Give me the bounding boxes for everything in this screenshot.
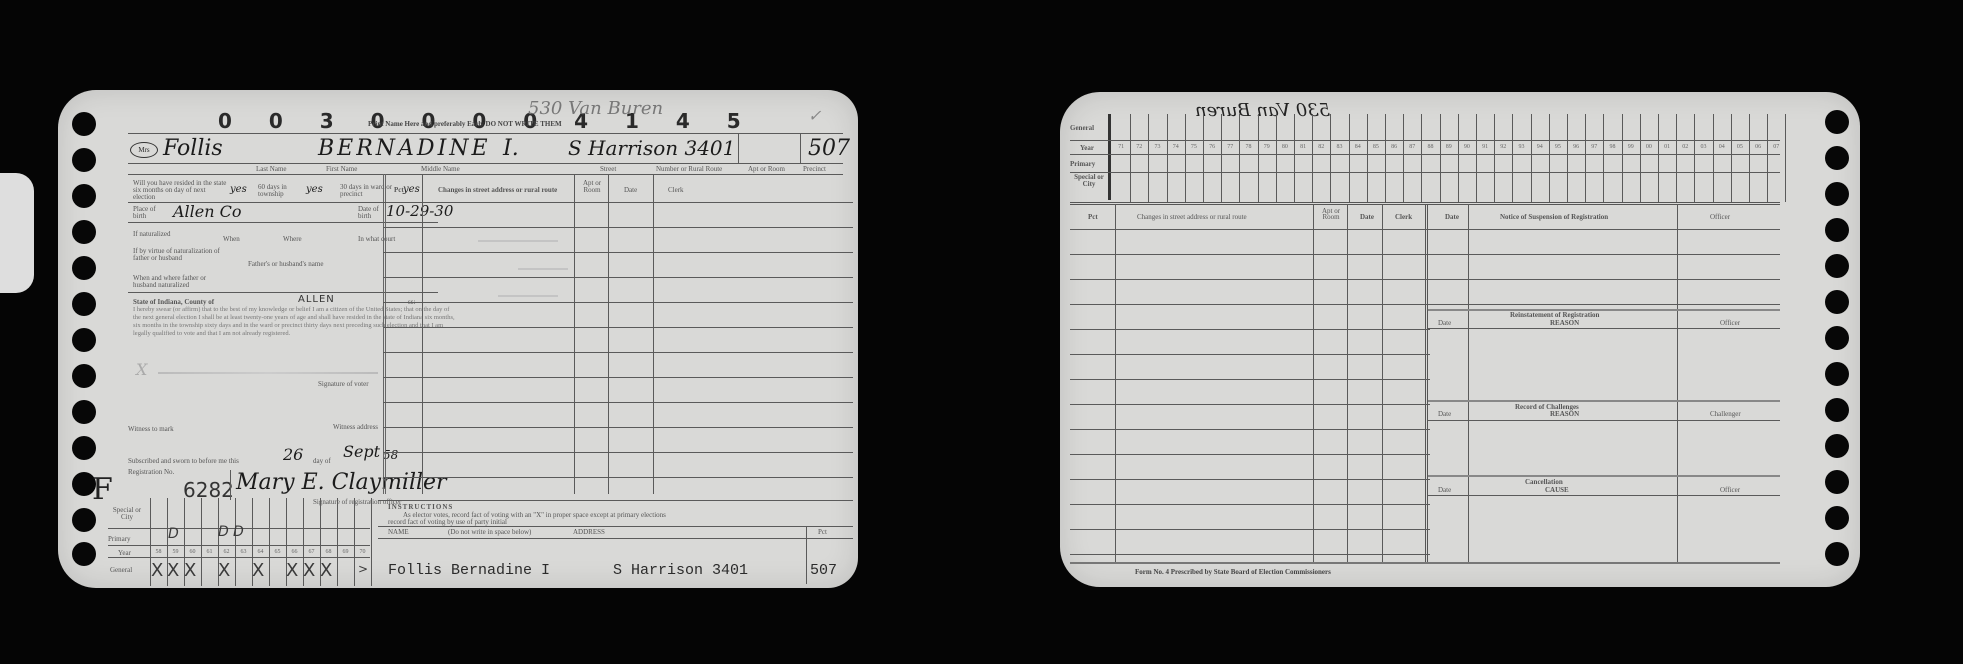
- general-mark: X: [151, 560, 163, 581]
- grid-year: 76: [1203, 144, 1221, 150]
- grid-year: 92: [1494, 144, 1512, 150]
- label-number-route: Number or Rural Route: [656, 165, 722, 173]
- voter-signature-mark: X: [136, 360, 147, 379]
- grid-row-primary: Primary: [1070, 160, 1095, 168]
- col-header-date: Date: [1445, 213, 1459, 221]
- answer-date-of-birth: 10-29-30: [386, 202, 453, 220]
- last-name-value: Follis: [163, 136, 223, 161]
- punch-hole: [72, 508, 96, 532]
- grid-row-special: Special or City: [1074, 174, 1104, 188]
- grid-year: 67: [303, 549, 320, 555]
- punch-hole: [1825, 290, 1849, 314]
- col-header-reason: REASON: [1550, 319, 1579, 327]
- grid-row-primary: Primary: [108, 535, 131, 543]
- instructions-title: INSTRUCTIONS: [388, 503, 453, 511]
- label-apt-room: Apt or Room: [748, 165, 785, 173]
- grid-year: 96: [1567, 144, 1585, 150]
- address-note-top: 530 Van Buren: [528, 98, 663, 119]
- label-name: NAME: [388, 528, 409, 536]
- oath-county: ALLEN: [298, 294, 335, 305]
- grid-year: 68: [320, 549, 337, 555]
- punch-hole: [72, 328, 96, 352]
- address-note-mirrored: 530 Van Buren: [1195, 100, 1330, 121]
- punch-hole: [1825, 470, 1849, 494]
- col-header-clerk: Clerk: [1395, 213, 1412, 221]
- punch-hole: [72, 256, 96, 280]
- col-header-officer: Officer: [1710, 213, 1730, 221]
- grid-year: 62: [218, 549, 235, 555]
- grid-year: 89: [1440, 144, 1458, 150]
- grid-year: 06: [1749, 144, 1767, 150]
- label-registration-no: Registration No.: [128, 468, 174, 476]
- grid-year: 81: [1294, 144, 1312, 150]
- label-middle-name: Middle Name: [421, 165, 460, 173]
- label-father-husband-name: Father's or husband's name: [248, 260, 323, 268]
- grid-year: 61: [201, 549, 218, 555]
- sworn-day: 26: [283, 445, 303, 464]
- grid-year: 73: [1148, 144, 1166, 150]
- grid-year: 88: [1421, 144, 1439, 150]
- punch-hole: [1825, 506, 1849, 530]
- col-header-date: Date: [1438, 410, 1451, 418]
- instructions-text-2: record fact of voting by use of party in…: [388, 518, 507, 526]
- grid-year: 72: [1130, 144, 1148, 150]
- label-resided-state: Will you have resided in the state six m…: [133, 180, 228, 201]
- grid-year: 79: [1258, 144, 1276, 150]
- adjacent-card-edge: [0, 173, 34, 293]
- col-header-challenger: Challenger: [1710, 410, 1741, 418]
- grid-year: 94: [1531, 144, 1549, 150]
- grid-year: 59: [167, 549, 184, 555]
- grid-year: 83: [1330, 144, 1348, 150]
- punch-hole: [1825, 254, 1849, 278]
- grid-year: 91: [1476, 144, 1494, 150]
- punch-hole: [1825, 362, 1849, 386]
- label-last-name: Last Name: [256, 165, 287, 173]
- col-header-apt-room: Apt or Room: [578, 180, 606, 194]
- col-header-date: Date: [1438, 319, 1451, 327]
- general-mark: X: [184, 560, 196, 581]
- sworn-month: Sept: [343, 442, 380, 461]
- col-header-date: Date: [1360, 213, 1374, 221]
- form-footer: Form No. 4 Prescribed by State Board of …: [1135, 568, 1331, 576]
- primary-mark: D: [168, 526, 179, 542]
- general-mark: X: [218, 560, 230, 581]
- label-in-what-court: In what court: [358, 235, 395, 243]
- grid-year: 64: [252, 549, 269, 555]
- answer-resided-state: yes: [230, 184, 247, 195]
- label-naturalization-father: If by virtue of naturalization of father…: [133, 248, 223, 262]
- col-header-date: Date: [624, 186, 637, 194]
- punch-hole: [72, 148, 96, 172]
- grid-year: 69: [337, 549, 354, 555]
- label-witness-to-mark: Witness to mark: [128, 425, 174, 433]
- oath-state-county: State of Indiana, County of: [133, 298, 214, 306]
- stamp-address: S Harrison 3401: [613, 562, 748, 579]
- punch-hole: [1825, 182, 1849, 206]
- punch-hole: [72, 542, 96, 566]
- general-mark: >: [358, 562, 368, 576]
- label-days-township: 60 days in township: [258, 184, 300, 198]
- grid-row-general: General: [110, 566, 132, 574]
- stamp-precinct: 507: [810, 562, 837, 579]
- grid-year: 93: [1512, 144, 1530, 150]
- precinct-value: 507: [808, 136, 850, 161]
- check-mark: ✓: [808, 106, 821, 125]
- label-subscribed: Subscribed and sworn to before me this: [128, 457, 239, 465]
- answer-days-township: yes: [306, 184, 323, 195]
- label-signature-of-voter: Signature of voter: [318, 380, 369, 388]
- grid-row-year: Year: [118, 549, 131, 557]
- grid-year: 82: [1312, 144, 1330, 150]
- officer-signature: Mary E. Claymiller: [236, 470, 447, 495]
- label-when: When: [223, 235, 240, 243]
- grid-year: 77: [1221, 144, 1239, 150]
- label-days-ward: 30 days in ward or precinct: [340, 184, 402, 198]
- punch-hole: [72, 112, 96, 136]
- label-place-of-birth: Place of birth: [133, 206, 163, 220]
- label-street: Street: [600, 165, 616, 173]
- punch-hole: [1825, 218, 1849, 242]
- grid-year: 87: [1403, 144, 1421, 150]
- primary-mark: D: [218, 524, 229, 540]
- punch-hole: [72, 292, 96, 316]
- primary-mark: D: [233, 524, 244, 540]
- grid-year: 75: [1185, 144, 1203, 150]
- grid-year: 78: [1239, 144, 1257, 150]
- label-date-of-birth: Date of birth: [358, 206, 383, 220]
- grid-year: 07: [1767, 144, 1785, 150]
- voter-registration-card-back: 530 Van Buren General Year Primary Speci…: [1060, 92, 1860, 587]
- grid-year: 04: [1713, 144, 1731, 150]
- grid-year: 65: [269, 549, 286, 555]
- grid-year: 66: [286, 549, 303, 555]
- voter-signature-faint: [158, 372, 378, 374]
- grid-row-general: General: [1070, 124, 1094, 132]
- col-header-officer: Officer: [1720, 486, 1740, 494]
- label-where: Where: [283, 235, 302, 243]
- stamp-name: Follis Bernadine I: [388, 562, 550, 579]
- punch-hole: [72, 364, 96, 388]
- col-header-date: Date: [1438, 486, 1451, 494]
- general-mark: X: [252, 560, 264, 581]
- grid-year: 63: [235, 549, 252, 555]
- middle-name-value: I.: [503, 136, 519, 161]
- col-header-pct: Pct: [1088, 213, 1098, 221]
- reinstatement-title: Reinstatement of Registration: [1510, 311, 1599, 319]
- label-naturalized: If naturalized: [133, 230, 171, 238]
- col-header-cause: CAUSE: [1545, 486, 1569, 494]
- label-witness-address: Witness address: [333, 423, 378, 431]
- col-header-suspension: Notice of Suspension of Registration: [1500, 213, 1608, 221]
- grid-year: 95: [1549, 144, 1567, 150]
- grid-year: 01: [1658, 144, 1676, 150]
- grid-year: 58: [150, 549, 167, 555]
- grid-year: 60: [184, 549, 201, 555]
- grid-year: 71: [1112, 144, 1130, 150]
- col-header-reason: REASON: [1550, 410, 1579, 418]
- punch-hole: [1825, 398, 1849, 422]
- grid-year: 74: [1167, 144, 1185, 150]
- label-precinct: Precinct: [803, 165, 826, 173]
- registration-number: 6282: [183, 478, 234, 502]
- general-mark: X: [167, 560, 179, 581]
- grid-year: 05: [1731, 144, 1749, 150]
- punch-hole: [1825, 434, 1849, 458]
- grid-year: 97: [1585, 144, 1603, 150]
- punch-hole: [1825, 146, 1849, 170]
- general-mark: X: [303, 560, 315, 581]
- answer-place-of-birth: Allen Co: [173, 202, 242, 221]
- label-day-of: day of: [313, 457, 331, 465]
- grid-year: 99: [1622, 144, 1640, 150]
- col-header-officer: Officer: [1720, 319, 1740, 327]
- header-instruction: Print Name Here and preferably Early DO …: [368, 120, 562, 128]
- general-mark: X: [286, 560, 298, 581]
- form-letter: F: [92, 472, 113, 507]
- grid-year: 80: [1276, 144, 1294, 150]
- label-first-name: First Name: [326, 165, 357, 173]
- punch-hole: [1825, 326, 1849, 350]
- grid-row-year: Year: [1080, 144, 1094, 152]
- punch-hole: [72, 400, 96, 424]
- col-header-apt-room: Apt or Room: [1315, 208, 1347, 220]
- grid-year: 85: [1367, 144, 1385, 150]
- street-value: S Harrison 3401: [568, 136, 735, 160]
- label-when-where-father: When and where father or husband natural…: [133, 275, 223, 289]
- title-prefix: Mrs: [130, 142, 158, 158]
- grid-year: 86: [1385, 144, 1403, 150]
- punch-hole: [1825, 110, 1849, 134]
- label-address: ADDRESS: [573, 528, 605, 536]
- punch-hole: [72, 184, 96, 208]
- label-do-not-write: (Do not write in space below): [448, 528, 531, 536]
- grid-row-special: Special or City: [108, 507, 146, 521]
- grid-year: 84: [1349, 144, 1367, 150]
- grid-year: 02: [1676, 144, 1694, 150]
- col-header-changes: Changes in street address or rural route: [1137, 213, 1247, 221]
- voter-registration-card-front: 0 0 3 0 0 0 0 4 1 4 5 Print Name Here an…: [58, 90, 858, 588]
- col-header-pct: Pct: [394, 186, 404, 194]
- grid-year: 98: [1603, 144, 1621, 150]
- grid-year: 90: [1458, 144, 1476, 150]
- grid-year: 03: [1694, 144, 1712, 150]
- first-name-value: BERNADINE: [318, 136, 491, 161]
- punch-hole: [72, 436, 96, 460]
- grid-year: 00: [1640, 144, 1658, 150]
- answer-days-ward: yes: [403, 184, 420, 195]
- cancellation-title: Cancellation: [1525, 478, 1563, 486]
- general-mark: X: [320, 560, 332, 581]
- oath-text: I hereby swear (or affirm) that to the b…: [133, 306, 458, 338]
- grid-year: 70: [354, 549, 371, 555]
- label-pct: Pct: [818, 528, 827, 536]
- col-header-clerk: Clerk: [668, 186, 684, 194]
- col-header-changes: Changes in street address or rural route: [438, 186, 557, 194]
- punch-hole: [1825, 542, 1849, 566]
- punch-hole: [72, 220, 96, 244]
